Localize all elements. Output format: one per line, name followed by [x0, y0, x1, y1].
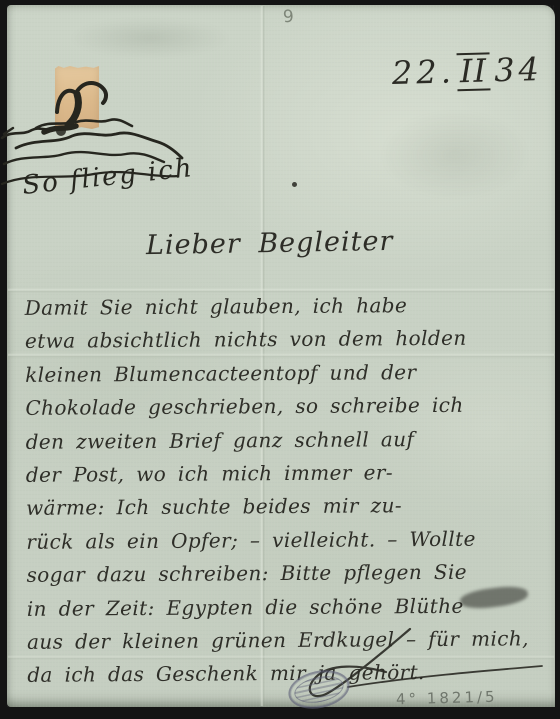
body-line: wärme: Ich suchte beides mir zu-: [26, 489, 551, 526]
date-day: 22.: [392, 52, 456, 92]
body-line: der Post, wo ich mich immer er-: [26, 455, 551, 492]
body-line: Damit Sie nicht glauben, ich habe: [25, 288, 550, 325]
body-line: sogar dazu schreiben: Bitte pflegen Sie: [26, 555, 551, 592]
pencil-smudge: [70, 18, 230, 58]
letter-scan: 9 22.II34 So flieg ich: [0, 0, 560, 719]
catalog-number: 4° 1821/5: [396, 688, 498, 709]
pencil-smudge: [380, 110, 530, 200]
body-line: kleinen Blumencacteentopf und der: [25, 355, 550, 392]
body-line: den zweiten Brief ganz schnell auf: [26, 422, 551, 459]
salutation: Lieber Begleiter: [146, 226, 394, 261]
body-line: rück als ein Opfer; – vielleicht. – Woll…: [26, 522, 551, 559]
letter-date: 22.II34: [392, 50, 544, 93]
ink-dot: [292, 182, 297, 187]
body-line: Chokolade geschrieben, so schreibe ich: [25, 388, 550, 425]
content-layer: 9 22.II34 So flieg ich: [0, 0, 560, 719]
stamp-inner-text: [292, 672, 346, 707]
date-month-roman: II: [456, 52, 490, 90]
date-year: 34: [494, 50, 544, 89]
page-number-pencil: 9: [282, 7, 294, 28]
body-line: etwa absichtlich nichts von dem holden: [25, 322, 550, 359]
